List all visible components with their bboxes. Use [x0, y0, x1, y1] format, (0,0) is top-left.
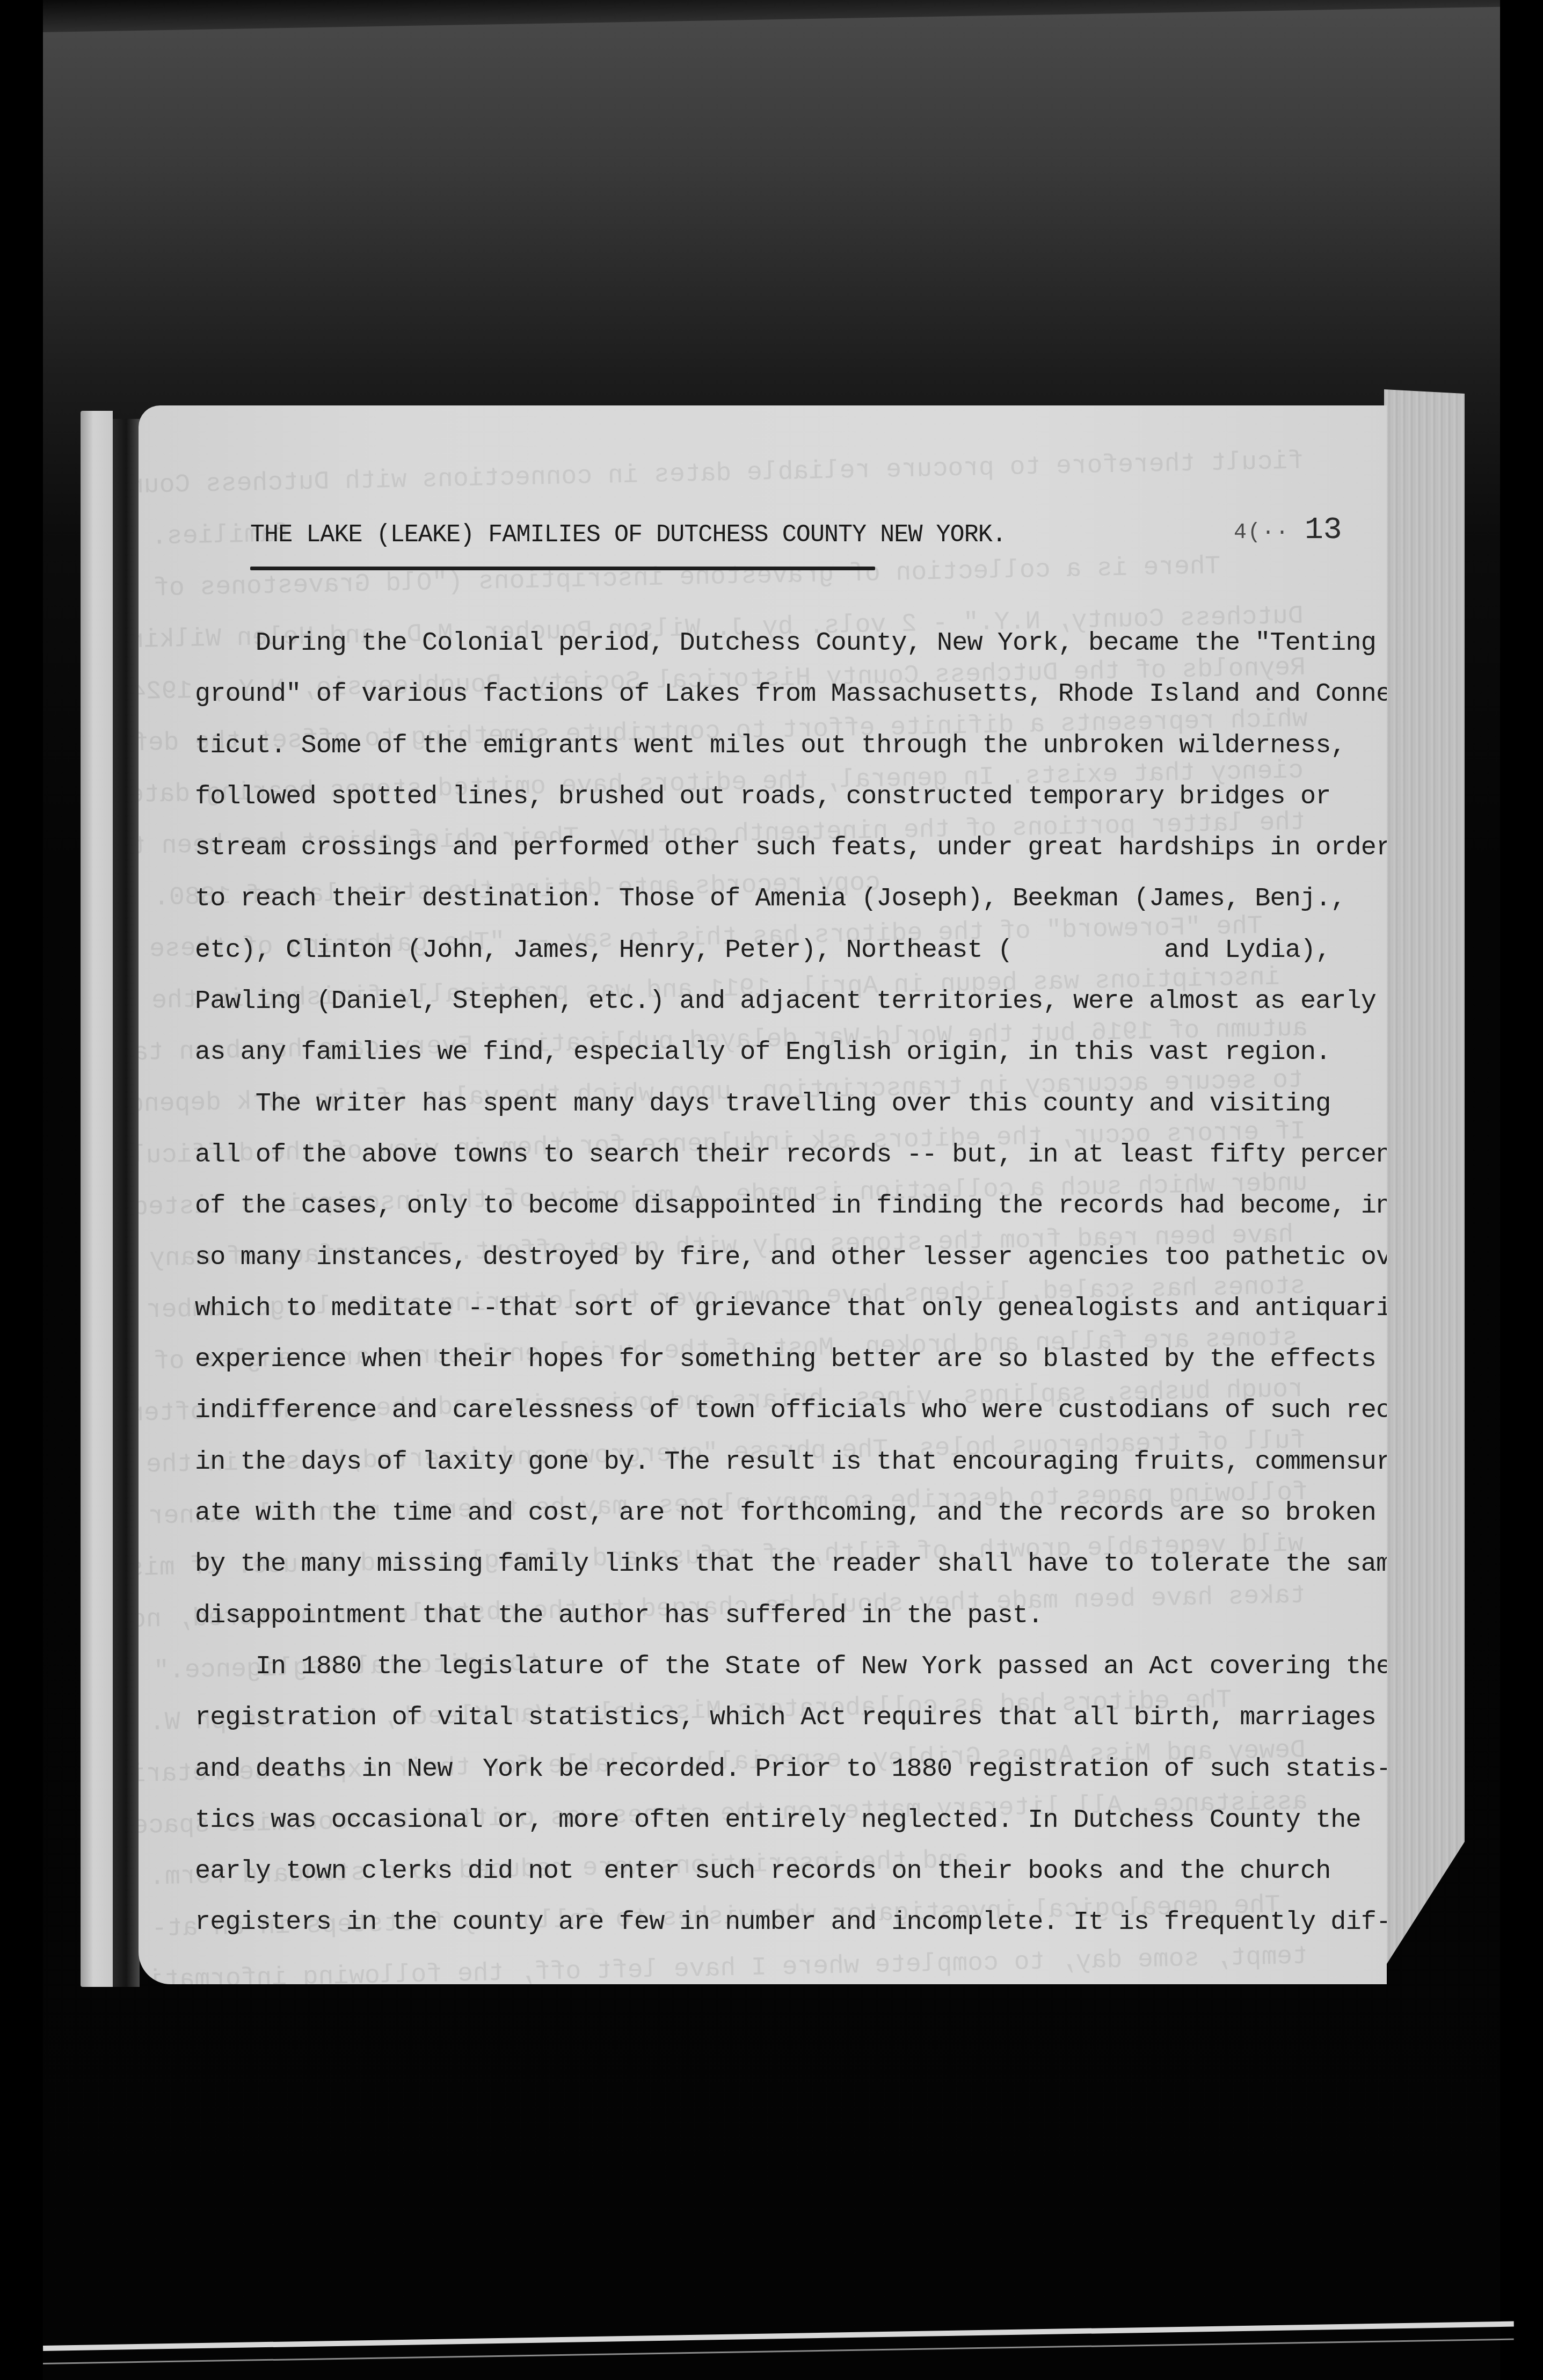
text-line: The writer has spent many days travellin… [195, 1078, 1387, 1129]
text-line: in the days of laxity gone by. The resul… [195, 1436, 1387, 1487]
text-line: ground" of various factions of Lakes fro… [195, 669, 1387, 720]
text-line: which to meditate --that sort of grievan… [195, 1283, 1387, 1334]
book-gutter [113, 419, 140, 1987]
text-line: and deaths in New York be recorded. Prio… [195, 1744, 1387, 1795]
text-line: experience when their hopes for somethin… [195, 1334, 1387, 1385]
text-line: by the many missing family links that th… [195, 1539, 1387, 1590]
text-line: so many instances, destroyed by fire, an… [195, 1232, 1387, 1283]
text-line: Pawling (Daniel, Stephen, etc.) and adja… [195, 976, 1387, 1027]
text-line: ate with the time and cost, are not fort… [195, 1487, 1387, 1539]
text-line: as any families we find, especially of E… [195, 1027, 1387, 1078]
text-line: of the cases, only to become disappointe… [195, 1180, 1387, 1231]
bleed-through-line: ficult therefore to procure reliable dat… [149, 447, 1304, 500]
text-line: followed spotted lines, brushed out road… [195, 771, 1387, 822]
document-title: THE LAKE (LEAKE) FAMILIES OF DUTCHESS CO… [250, 521, 1006, 549]
bleed-through-line: There is a collection of gravestone insc… [154, 550, 1308, 603]
title-underline [250, 567, 875, 570]
text-line: indifference and carelessness of town of… [195, 1385, 1387, 1436]
text-line: disappointment that the author has suffe… [195, 1590, 1387, 1641]
facing-page-edge [81, 411, 113, 1987]
page-number: 4(··13 [1234, 513, 1342, 548]
text-line: In 1880 the legislature of the State of … [195, 1641, 1387, 1692]
text-line: registration of vital statistics, which … [195, 1692, 1387, 1743]
film-edge-left [0, 0, 43, 2380]
page-stack-edges [1384, 389, 1465, 1968]
text-line: During the Colonial period, Dutchess Cou… [195, 618, 1387, 669]
page-number-value: 13 [1305, 513, 1342, 548]
text-line: stream crossings and performed other suc… [195, 822, 1387, 873]
text-line: early town clerks did not enter such rec… [195, 1846, 1387, 1897]
text-line: ticut. Some of the emigrants went miles … [195, 720, 1387, 771]
text-line: to reach their destination. Those of Ame… [195, 873, 1387, 924]
text-line: all of the above towns to search their r… [195, 1129, 1387, 1180]
text-line: registers in the county are few in numbe… [195, 1897, 1387, 1948]
text-line: etc), Clinton (John, James, Henry, Peter… [195, 925, 1387, 976]
document-page: ficult therefore to procure reliable dat… [139, 405, 1387, 1984]
page-stamp: 4(·· [1234, 521, 1290, 545]
bleed-through-line: tempt, some day, to complete where I hav… [154, 1942, 1308, 1984]
text-line: tics was occasional or, more often entir… [195, 1795, 1387, 1846]
body-text: During the Colonial period, Dutchess Cou… [195, 618, 1387, 1948]
film-edge-right [1500, 0, 1543, 2380]
